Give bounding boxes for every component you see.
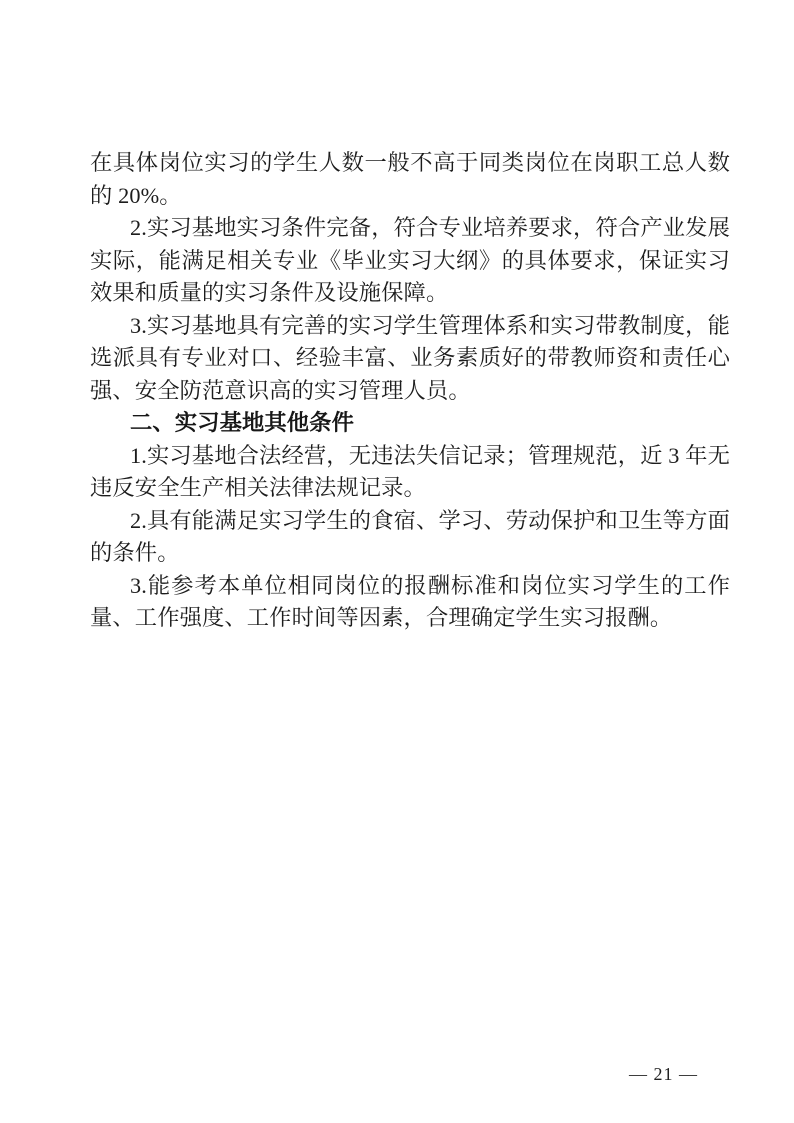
section2-item-2: 2.具有能满足实习学生的食宿、学习、劳动保护和卫生等方面的条件。 bbox=[90, 505, 730, 570]
section2-item-3: 3.能参考本单位相同岗位的报酬标准和岗位实习学生的工作量、工作强度、工作时间等因… bbox=[90, 570, 730, 635]
section1-item-3: 3.实习基地具有完善的实习学生管理体系和实习带教制度，能选派具有专业对口、经验丰… bbox=[90, 310, 730, 408]
page-number: — 21 — bbox=[629, 1063, 698, 1085]
paragraph-continuation: 在具体岗位实习的学生人数一般不高于同类岗位在岗职工总人数的 20%。 bbox=[90, 147, 730, 212]
page-body: 在具体岗位实习的学生人数一般不高于同类岗位在岗职工总人数的 20%。 2.实习基… bbox=[90, 147, 730, 635]
section2-heading: 二、实习基地其他条件 bbox=[90, 407, 730, 440]
section1-item-2: 2.实习基地实习条件完备，符合专业培养要求，符合产业发展实际，能满足相关专业《毕… bbox=[90, 212, 730, 310]
section2-item-1: 1.实习基地合法经营，无违法失信记录；管理规范，近 3 年无违反安全生产相关法律… bbox=[90, 440, 730, 505]
document-page: 在具体岗位实习的学生人数一般不高于同类岗位在岗职工总人数的 20%。 2.实习基… bbox=[0, 0, 794, 1123]
